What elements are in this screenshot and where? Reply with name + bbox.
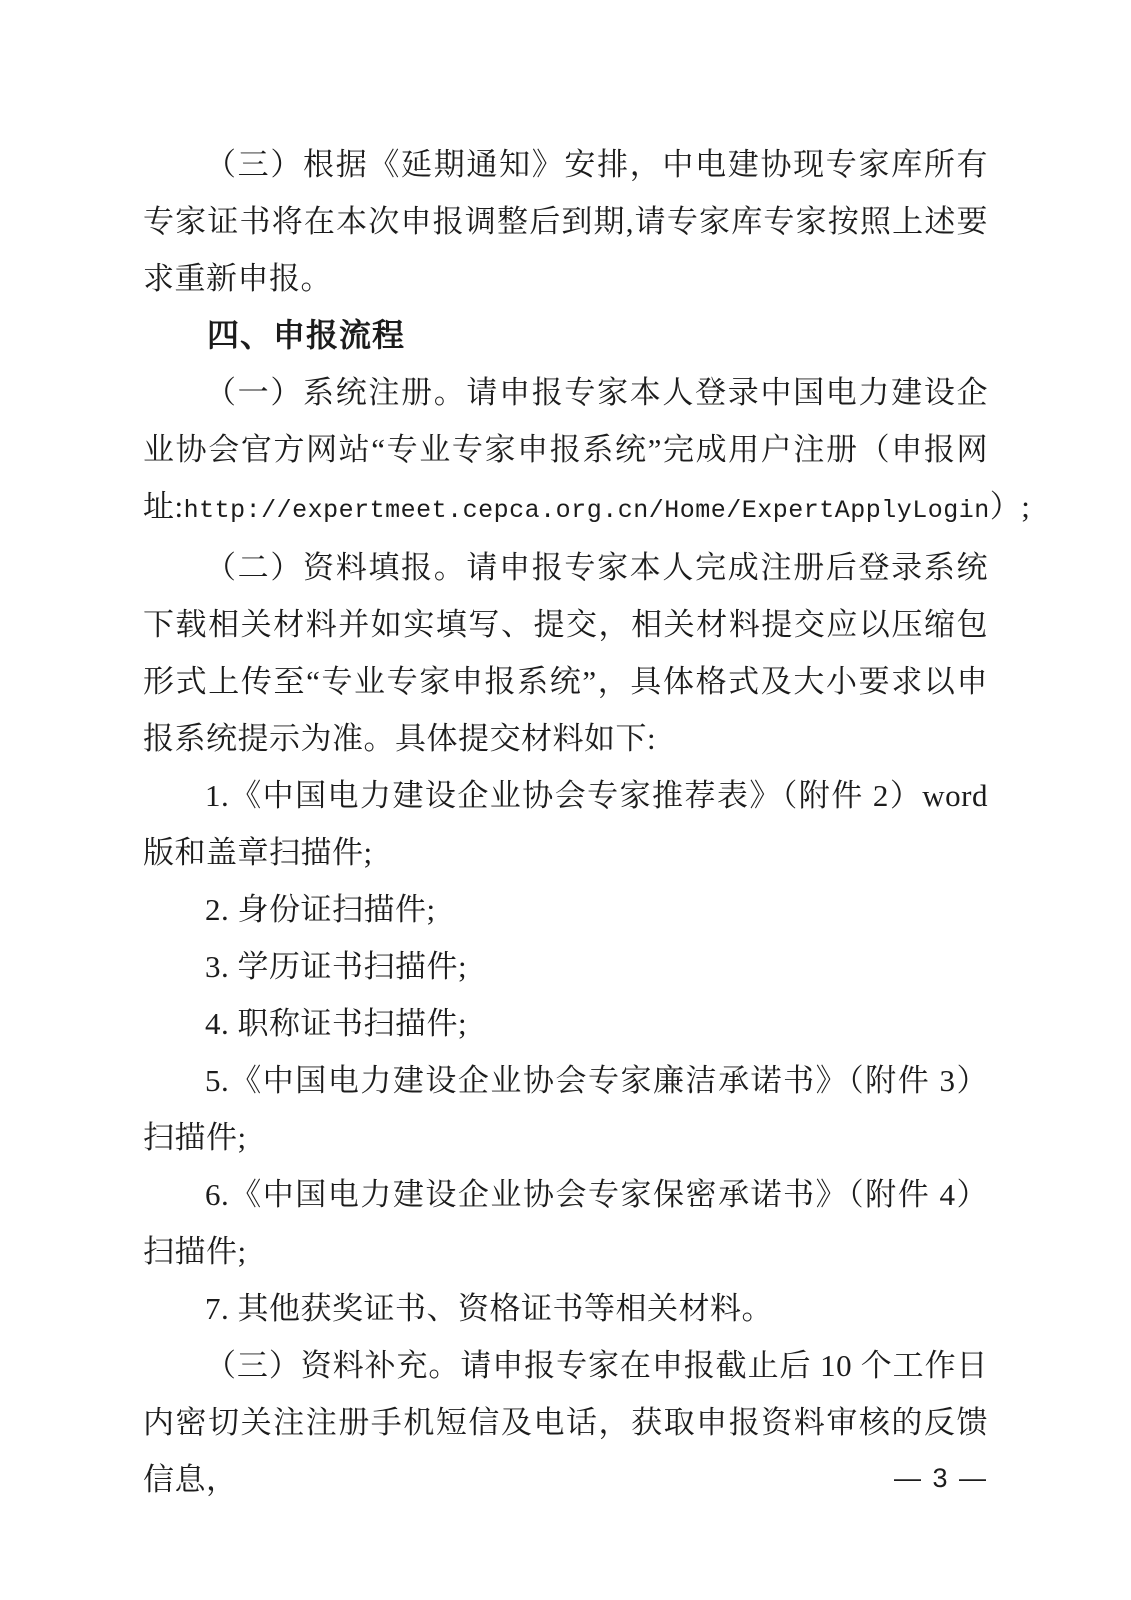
page-number: — 3 — [894,1463,988,1493]
list-item-material-3: 3. 学历证书扫描件; [143,938,988,995]
list-item-material-5: 5.《中国电力建设企业协会专家廉洁承诺书》（附件 3）扫描件; [143,1052,988,1166]
page-footer: — 3 — [894,1458,988,1498]
paragraph-material-submission: （二）资料填报。请申报专家本人完成注册后登录系统下载相关材料并如实填写、提交，相… [143,539,988,767]
application-url: http://expertmeet.cepca.org.cn/Home/Expe… [184,496,990,525]
document-body: （三）根据《延期通知》安排，中电建协现专家库所有专家证书将在本次申报调整后到期,… [143,136,988,1508]
paragraph-expiry-notice: （三）根据《延期通知》安排，中电建协现专家库所有专家证书将在本次申报调整后到期,… [143,136,988,307]
list-item-material-7: 7. 其他获奖证书、资格证书等相关材料。 [143,1280,988,1337]
document-page: （三）根据《延期通知》安排，中电建协现专家库所有专家证书将在本次申报调整后到期,… [0,0,1131,1600]
paragraph-system-registration: （一）系统注册。请申报专家本人登录中国电力建设企业协会官方网站“专业专家申报系统… [143,364,988,539]
list-item-material-6: 6.《中国电力建设企业协会专家保密承诺书》（附件 4）扫描件; [143,1166,988,1280]
list-item-material-4: 4. 职称证书扫描件; [143,995,988,1052]
paragraph-material-supplement: （三）资料补充。请申报专家在申报截止后 10 个工作日内密切关注注册手机短信及电… [143,1337,988,1508]
list-item-material-1: 1.《中国电力建设企业协会专家推荐表》（附件 2）word 版和盖章扫描件; [143,767,988,881]
list-item-material-2: 2. 身份证扫描件; [143,881,988,938]
paragraph-text: ）; [990,489,1031,524]
section-heading-application-process: 四、申报流程 [143,307,988,364]
